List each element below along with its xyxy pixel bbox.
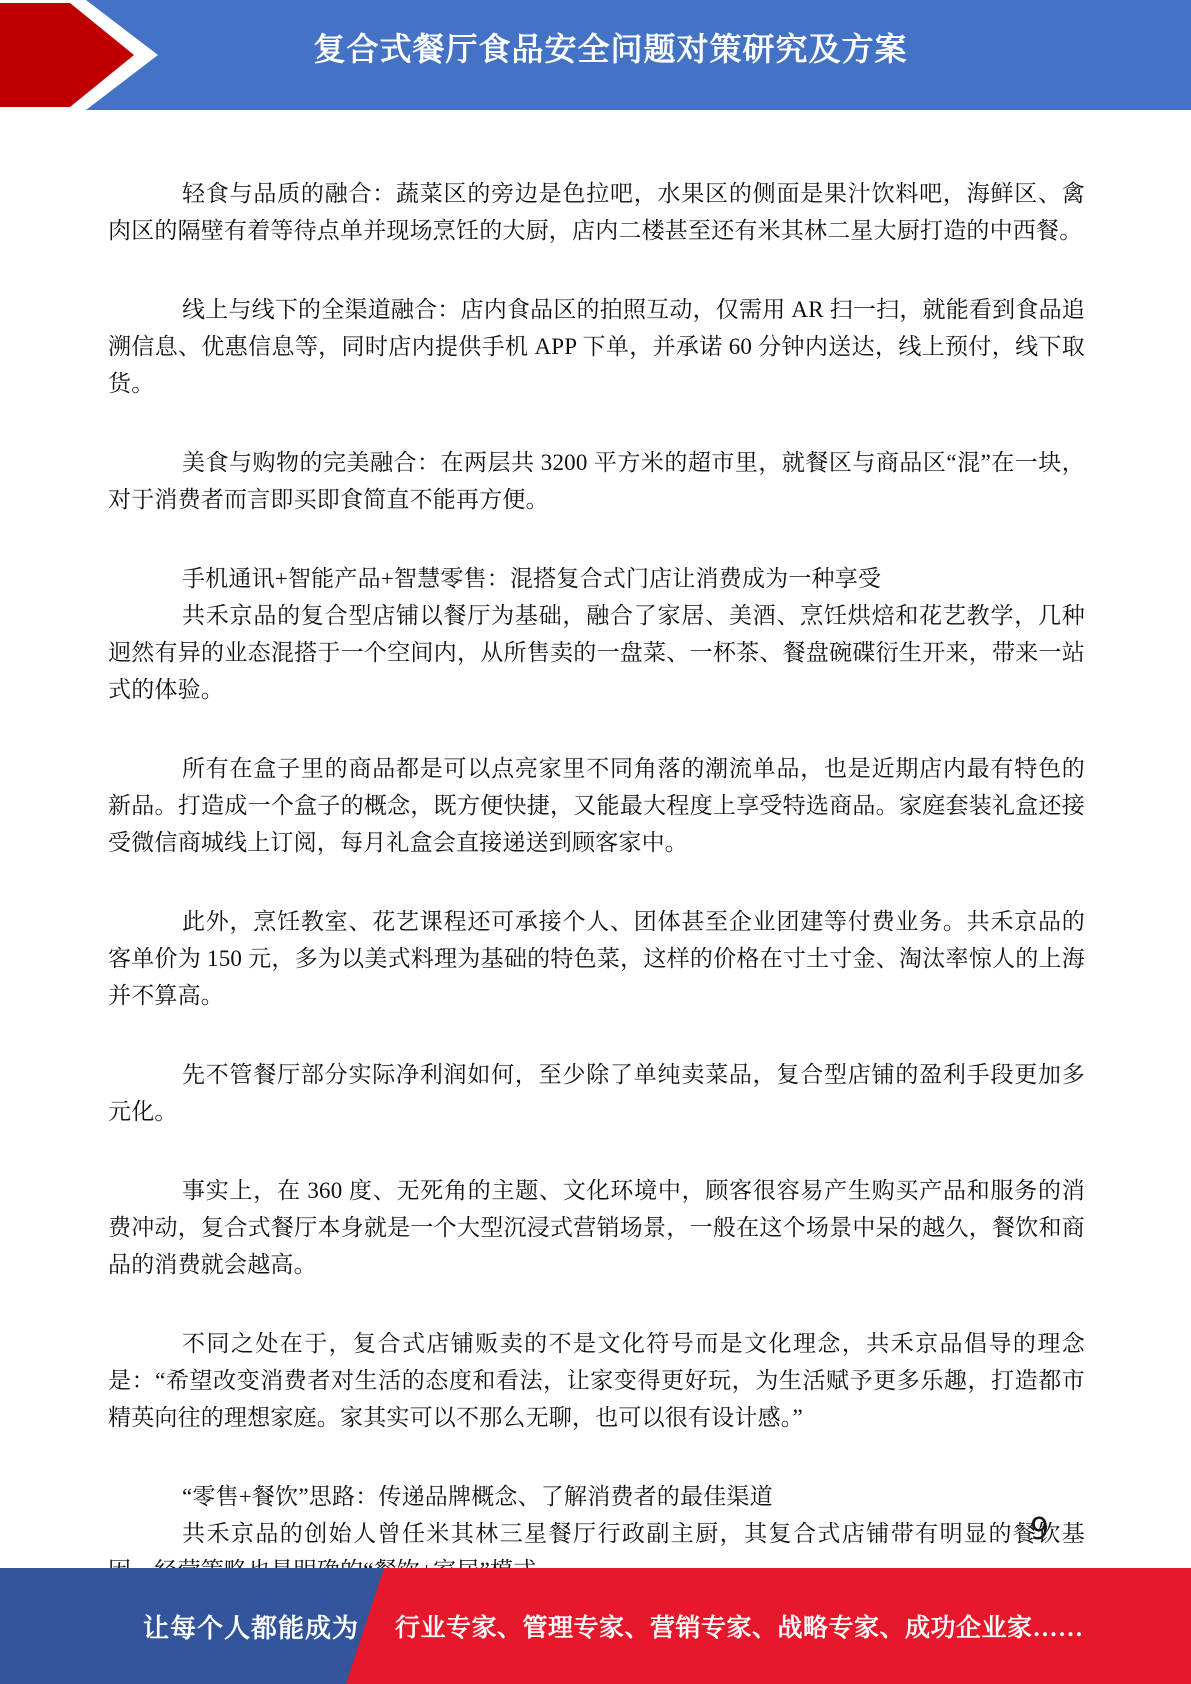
body-paragraph: 线上与线下的全渠道融合：店内食品区的拍照互动，仅需用 AR 扫一扫，就能看到食品… — [108, 291, 1085, 402]
document-body: 轻食与品质的融合：蔬菜区的旁边是色拉吧，水果区的侧面是果汁饮料吧，海鲜区、禽肉区… — [108, 110, 1085, 1631]
body-paragraph: 事实上，在 360 度、无死角的主题、文化环境中，顾客很容易产生购买产品和服务的… — [108, 1172, 1085, 1283]
body-paragraph: 先不管餐厅部分实际净利润如何，至少除了单纯卖菜品，复合型店铺的盈利手段更加多元化… — [108, 1056, 1085, 1130]
page-header: 复合式餐厅食品安全问题对策研究及方案 — [0, 0, 1191, 110]
body-paragraph: 不同之处在于，复合式店铺贩卖的不是文化符号而是文化理念，共禾京品倡导的理念是：“… — [108, 1325, 1085, 1436]
body-paragraph: 美食与购物的完美融合：在两层共 3200 平方米的超市里，就餐区与商品区“混”在… — [108, 444, 1085, 518]
body-paragraph-heading: “零售+餐饮”思路：传递品牌概念、了解消费者的最佳渠道 — [108, 1478, 1085, 1515]
footer-slogan-right: 行业专家、管理专家、营销专家、战略专家、成功企业家…… — [395, 1568, 1084, 1684]
body-paragraph-heading: 手机通讯+智能产品+智慧零售：混搭复合式门店让消费成为一种享受 — [108, 560, 1085, 597]
body-paragraph: 此外，烹饪教室、花艺课程还可承接个人、团体甚至企业团建等付费业务。共禾京品的客单… — [108, 903, 1085, 1014]
page-number: 9 — [1030, 1512, 1049, 1547]
header-title-area: 复合式餐厅食品安全问题对策研究及方案 — [0, 0, 1191, 110]
body-paragraph: 共禾京品的复合型店铺以餐厅为基础，融合了家居、美酒、烹饪烘焙和花艺教学，几种迥然… — [108, 597, 1085, 708]
body-paragraph: 所有在盒子里的商品都是可以点亮家里不同角落的潮流单品，也是近期店内最有特色的新品… — [108, 750, 1085, 861]
footer-slogan-left: 让每个人都能成为 — [143, 1568, 359, 1684]
page-title: 复合式餐厅食品安全问题对策研究及方案 — [313, 24, 907, 70]
page-footer: 让每个人都能成为 行业专家、管理专家、营销专家、战略专家、成功企业家…… — [0, 1568, 1191, 1684]
body-paragraph: 轻食与品质的融合：蔬菜区的旁边是色拉吧，水果区的侧面是果汁饮料吧，海鲜区、禽肉区… — [108, 175, 1085, 249]
